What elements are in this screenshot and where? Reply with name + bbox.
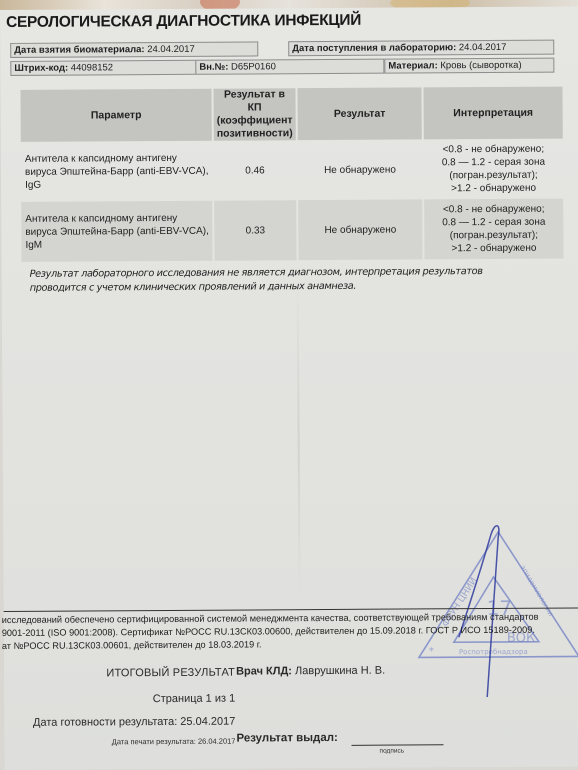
- lab-report-page: СЕРОЛОГИЧЕСКАЯ ДИАГНОСТИКА ИНФЕКЦИЙ Дата…: [0, 6, 578, 770]
- field-value: 24.04.2017: [459, 42, 507, 53]
- page-number: Страница 1 из 1: [153, 693, 236, 706]
- interp-line: 0.8 — 1.2 - серая зона: [425, 156, 562, 170]
- field-label: Штрих-код:: [14, 63, 68, 74]
- disclaimer-note: Результат лабораторного исследования не …: [30, 265, 520, 296]
- field-label: Дата поступления в лабораторию:: [292, 42, 456, 54]
- results-table: Параметр Результат в КП (коэффициент поз…: [18, 87, 565, 262]
- material-field: Материал: Кровь (сыворотка): [384, 58, 554, 74]
- cell-interpretation: <0.8 - не обнаружено; 0.8 — 1.2 - серая …: [424, 199, 563, 260]
- header-result: Результат: [297, 87, 421, 140]
- doctor-signature-line: Врач КЛД: Лаврушкина Н. В.: [236, 665, 385, 678]
- interp-line: (погран.результат);: [425, 169, 562, 183]
- print-date: Дата печати результата: 26.04.2017: [112, 737, 236, 747]
- interp-line: 0.8 — 1.2 - серая зона: [425, 216, 562, 230]
- sample-date-field: Дата взятия биоматериала: 24.04.2017: [10, 41, 258, 58]
- cell-result: Не обнаружено: [298, 199, 422, 260]
- field-value: Кровь (сыворотка): [440, 60, 521, 71]
- table-row: Антитела к капсидному антигену вируса Эп…: [21, 199, 563, 262]
- svg-text:эпидемиологии: эпидемиологии: [519, 564, 555, 618]
- interp-line: >1.2 - обнаружено: [425, 182, 562, 196]
- internal-number-field: Вн.№: D65P0160: [195, 59, 384, 75]
- field-label: Материал:: [388, 60, 437, 71]
- signature-label: подпись: [380, 748, 405, 755]
- signature-line: [351, 744, 443, 746]
- barcode-field: Штрих-код: 44098152: [10, 60, 196, 76]
- cell-result: Не обнаружено: [298, 139, 422, 200]
- issued-by-label: Результат выдал:: [236, 732, 337, 745]
- lab-stamp-icon: 17 ФБУН ЦНИИ эпидемиологии ВОК Роспотреб…: [398, 496, 578, 697]
- header-interpretation: Интерпретация: [423, 87, 562, 140]
- cell-parameter: Антитела к капсидному антигену вируса Эп…: [21, 201, 212, 262]
- interp-line: >1.2 - обнаружено: [425, 242, 562, 256]
- field-value: D65P0160: [231, 61, 276, 72]
- field-label: Вн.№:: [199, 62, 228, 73]
- interp-line: <0.8 - не обнаружено;: [425, 203, 562, 217]
- table-row: Антитела к капсидному антигену вируса Эп…: [21, 139, 563, 202]
- field-value: 44098152: [71, 62, 113, 73]
- certification-text: исследований обеспечено сертифицированно…: [2, 610, 578, 653]
- cell-parameter: Антитела к капсидному антигену вируса Эп…: [21, 141, 212, 202]
- field-value: 24.04.2017: [147, 44, 195, 55]
- paper-fold: [297, 278, 301, 608]
- final-result-label: ИТОГОВЫЙ РЕЗУЛЬТАТ: [106, 667, 235, 680]
- header-parameter: Параметр: [20, 89, 211, 142]
- report-title: СЕРОЛОГИЧЕСКАЯ ДИАГНОСТИКА ИНФЕКЦИЙ: [6, 12, 361, 32]
- interp-line: (погран.результат);: [425, 229, 562, 243]
- interp-line: <0.8 - не обнаружено;: [425, 143, 562, 157]
- cell-interpretation: <0.8 - не обнаружено; 0.8 — 1.2 - серая …: [424, 139, 563, 200]
- doctor-name: Лаврушкина Н. В.: [295, 665, 385, 678]
- lab-date-field: Дата поступления в лабораторию: 24.04.20…: [288, 40, 554, 57]
- cell-kp: 0.46: [214, 140, 296, 200]
- table-header-row: Параметр Результат в КП (коэффициент поз…: [20, 87, 562, 142]
- doctor-label: Врач КЛД:: [236, 665, 292, 677]
- cell-kp: 0.33: [214, 200, 296, 260]
- header-kp: Результат в КП (коэффициент позитивности…: [213, 88, 295, 140]
- ready-date: Дата готовности результата: 25.04.2017: [33, 716, 235, 729]
- field-label: Дата взятия биоматериала:: [14, 44, 144, 56]
